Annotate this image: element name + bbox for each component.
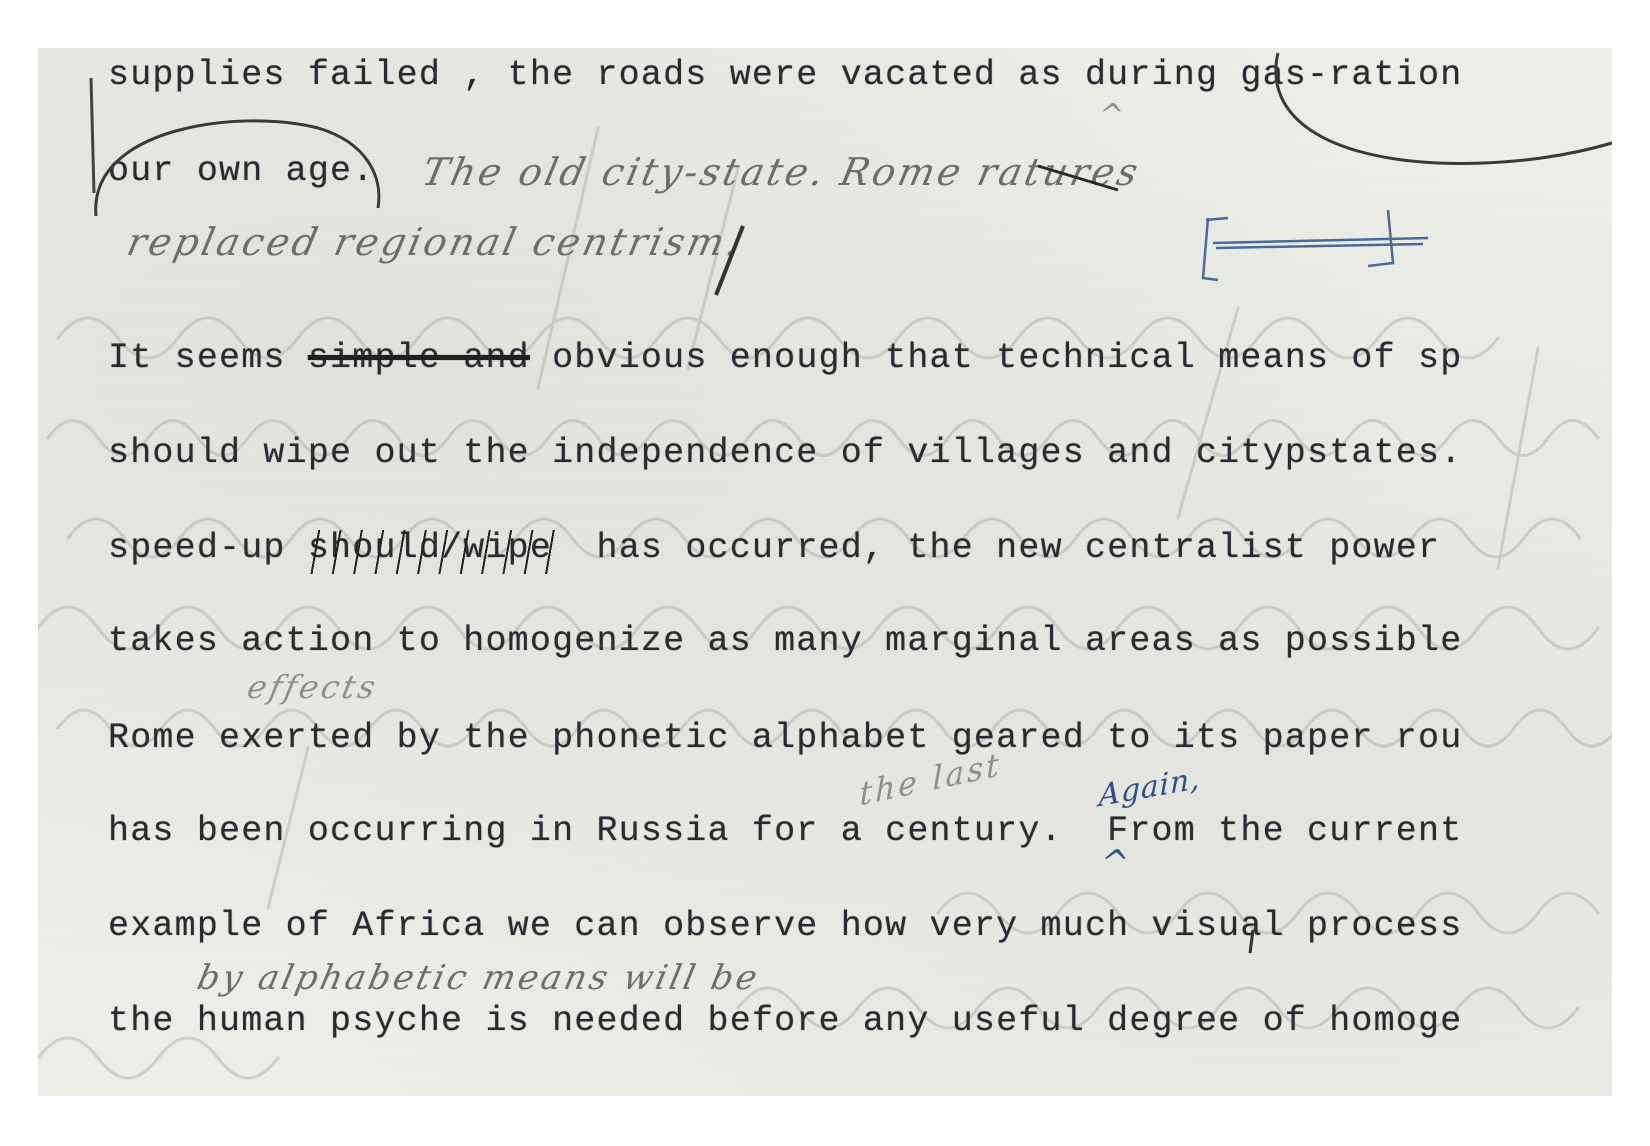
ink-note-again: Again,: [1099, 761, 1201, 814]
line-3-after: obvious enough that technical means of s…: [530, 338, 1463, 378]
pencil-note-old-city-state: The old city-state. Rome ratures: [418, 150, 1144, 194]
struck-text-simple-and: simple and: [308, 338, 530, 378]
typed-line-6: takes action to homogenize as many margi…: [108, 621, 1462, 661]
typed-line-1: supplies failed , the roads were vacated…: [108, 55, 1462, 95]
manuscript-page: supplies failed , the roads were vacated…: [38, 48, 1612, 1096]
typed-line-4: should wipe out the independence of vill…: [108, 433, 1462, 473]
typed-line-5: speed-up should/wipe has occurred, the n…: [108, 528, 1440, 568]
typed-line-10: the human psyche is needed before any us…: [108, 1001, 1462, 1041]
line-5-before: speed-up: [108, 528, 308, 568]
margin-bracket-mark: [91, 78, 94, 193]
pencil-insert-caret: ^: [1094, 98, 1130, 133]
typed-line-9: example of Africa we can observe how ver…: [108, 906, 1462, 946]
pencil-note-effects: effects: [244, 668, 382, 706]
line-3-before: It seems: [108, 338, 308, 378]
typed-line-3: It seems simple and obvious enough that …: [108, 338, 1462, 378]
typed-line-2: our own age.: [108, 151, 374, 191]
struck-text-should-wipe: should/wipe: [308, 528, 552, 568]
line-5-after: has occurred, the new centralist power: [552, 528, 1440, 568]
pencil-note-by-alphabetic-means: by alphabetic means will be: [194, 958, 764, 998]
blue-boxed-deletion: [1203, 210, 1428, 280]
typed-line-8: has been occurring in Russia for a centu…: [108, 811, 1462, 851]
typed-line-7: Rome exerted by the phonetic alphabet ge…: [108, 718, 1462, 758]
pencil-note-replaced-centrism: replaced regional centrism.: [123, 220, 746, 264]
